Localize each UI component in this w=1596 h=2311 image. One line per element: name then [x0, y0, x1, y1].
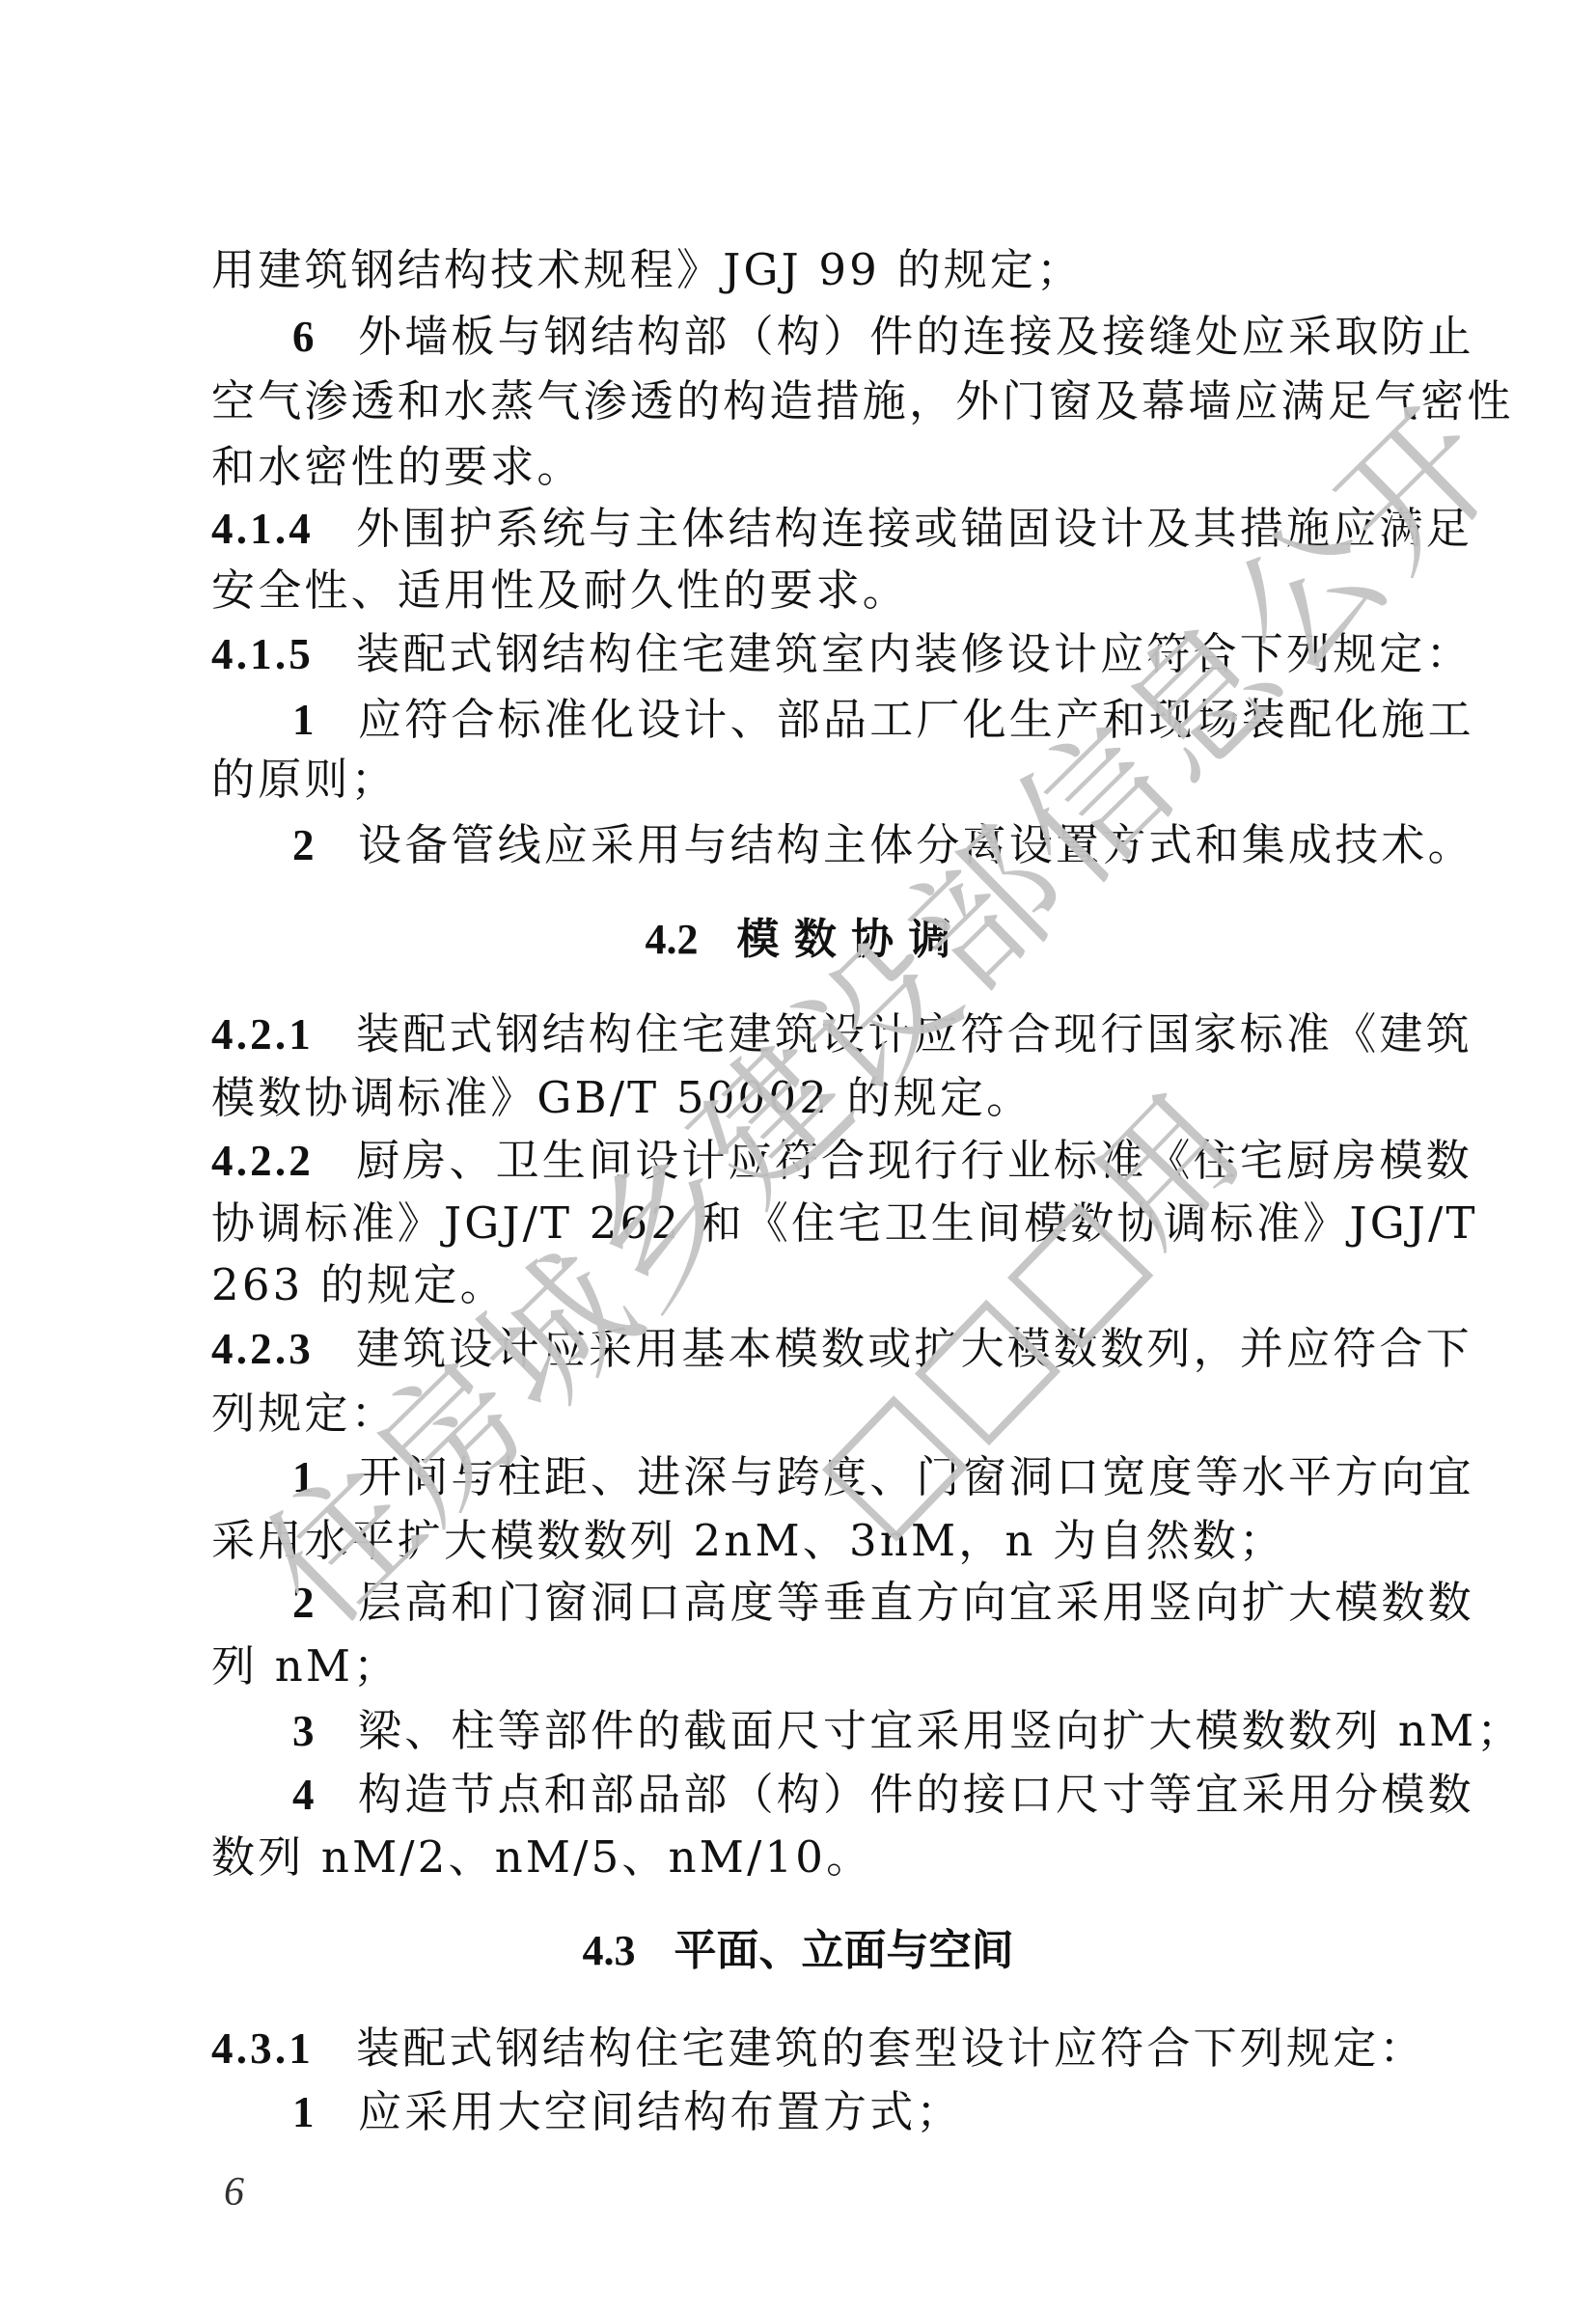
list-item: 1应采用大空间结构布置方式； [211, 2080, 1390, 2144]
line-text: 列 nM； [211, 1640, 399, 1692]
item-number: 4 [292, 1763, 358, 1827]
line-text: 采用水平扩大模数数列 2nM、3nM，n 为自然数； [211, 1515, 1285, 1566]
line-text: 构造节点和部品部（构）件的接口尺寸等宜采用分模数 [358, 1769, 1474, 1820]
clause: 4.1.4外围护系统与主体结构连接或锚固设计及其措施应满足 [211, 497, 1390, 561]
section-title: 平面、立面与空间 [674, 1926, 1014, 1975]
clause: 4.2.3建筑设计应采用基本模数或扩大模数数列，并应符合下 [211, 1317, 1390, 1381]
clause-number: 4.3.1 [211, 2017, 356, 2080]
line-text: 模数协调标准》GB/T 50002 的规定。 [211, 1072, 1032, 1123]
section-heading-4-3: 4.3平面、立面与空间 [0, 1919, 1596, 1983]
list-item: 4构造节点和部品部（构）件的接口尺寸等宜采用分模数 [211, 1763, 1390, 1827]
item-number: 6 [292, 305, 358, 369]
item-number: 2 [292, 1571, 358, 1635]
section-title: 模 数 协 调 [737, 915, 951, 964]
clause: 4.3.1装配式钢结构住宅建筑的套型设计应符合下列规定： [211, 2017, 1390, 2080]
item-number: 3 [292, 1699, 358, 1763]
line-text: 外墙板与钢结构部（构）件的连接及接缝处应采取防止 [358, 311, 1474, 362]
line-text: 263 的规定。 [211, 1259, 507, 1310]
text-line: 空气渗透和水蒸气渗透的构造措施，外门窗及幕墙应满足气密性 [211, 370, 1390, 433]
clause-number: 4.2.3 [211, 1317, 356, 1381]
list-item: 3梁、柱等部件的截面尺寸宜采用竖向扩大模数数列 nM； [211, 1699, 1390, 1763]
text-line: 263 的规定。 [211, 1253, 1390, 1317]
text-line: 模数协调标准》GB/T 50002 的规定。 [211, 1066, 1390, 1130]
text-line: 的原则； [211, 748, 1390, 812]
clause-number: 4.1.5 [211, 622, 356, 686]
item-number: 1 [292, 1445, 358, 1509]
line-text: 装配式钢结构住宅建筑的套型设计应符合下列规定： [356, 2022, 1426, 2074]
line-text: 外围护系统与主体结构连接或锚固设计及其措施应满足 [356, 503, 1472, 554]
list-item: 2层高和门窗洞口高度等垂直方向宜采用竖向扩大模数数 [211, 1571, 1390, 1635]
list-item: 6外墙板与钢结构部（构）件的连接及接缝处应采取防止 [211, 305, 1390, 369]
text-line: 安全性、适用性及耐久性的要求。 [211, 559, 1390, 622]
line-text: 和水密性的要求。 [211, 441, 584, 492]
clause: 4.2.1装配式钢结构住宅建筑设计应符合现行国家标准《建筑 [211, 1003, 1390, 1066]
text-line: 和水密性的要求。 [211, 435, 1390, 499]
line-text: 梁、柱等部件的截面尺寸宜采用竖向扩大模数数列 nM； [358, 1705, 1524, 1756]
document-page: 用建筑钢结构技术规程》JGJ 99 的规定； 6外墙板与钢结构部（构）件的连接及… [0, 0, 1596, 2311]
clause-number: 4.1.4 [211, 497, 356, 561]
clause-number: 4.2.2 [211, 1129, 356, 1193]
item-number: 1 [292, 688, 358, 752]
line-text: 的原则； [211, 754, 398, 805]
page-number: 6 [224, 2169, 244, 2215]
line-text: 建筑设计应采用基本模数或扩大模数数列，并应符合下 [356, 1323, 1472, 1374]
item-number: 2 [292, 813, 358, 877]
line-text: 装配式钢结构住宅建筑设计应符合现行国家标准《建筑 [356, 1008, 1472, 1059]
item-number: 1 [292, 2080, 358, 2144]
text-line: 列规定： [211, 1382, 1390, 1445]
text-line: 采用水平扩大模数数列 2nM、3nM，n 为自然数； [211, 1509, 1390, 1573]
list-item: 1应符合标准化设计、部品工厂化生产和现场装配化施工 [211, 688, 1390, 752]
text-line: 数列 nM/2、nM/5、nM/10。 [211, 1826, 1390, 1889]
line-text: 应符合标准化设计、部品工厂化生产和现场装配化施工 [358, 694, 1474, 745]
line-text: 开间与柱距、进深与跨度、门窗洞口宽度等水平方向宜 [358, 1451, 1474, 1502]
line-text: 空气渗透和水蒸气渗透的构造措施，外门窗及幕墙应满足气密性 [211, 375, 1514, 426]
clause-number: 4.2.1 [211, 1003, 356, 1066]
list-item: 2设备管线应采用与结构主体分离设置方式和集成技术。 [211, 813, 1390, 877]
line-text: 列规定： [211, 1388, 398, 1439]
line-text: 协调标准》JGJ/T 262 和《住宅卫生间模数协调标准》JGJ/T [211, 1197, 1478, 1249]
line-text: 厨房、卫生间设计应符合现行行业标准《住宅厨房模数 [356, 1135, 1472, 1186]
section-heading-4-2: 4.2模 数 协 调 [0, 908, 1596, 972]
line-text: 层高和门窗洞口高度等垂直方向宜采用竖向扩大模数数 [358, 1577, 1474, 1628]
section-number: 4.2 [646, 916, 699, 963]
text-line: 协调标准》JGJ/T 262 和《住宅卫生间模数协调标准》JGJ/T [211, 1192, 1390, 1255]
line-text: 设备管线应采用与结构主体分离设置方式和集成技术。 [358, 819, 1474, 870]
line-text: 应采用大空间结构布置方式； [358, 2086, 963, 2137]
text-line: 列 nM； [211, 1635, 1390, 1698]
line-text: 用建筑钢结构技术规程》JGJ 99 的规定； [211, 244, 1083, 295]
clause: 4.2.2厨房、卫生间设计应符合现行行业标准《住宅厨房模数 [211, 1129, 1390, 1193]
list-item: 1开间与柱距、进深与跨度、门窗洞口宽度等水平方向宜 [211, 1445, 1390, 1509]
text-line: 用建筑钢结构技术规程》JGJ 99 的规定； [211, 238, 1390, 302]
clause: 4.1.5装配式钢结构住宅建筑室内装修设计应符合下列规定： [211, 622, 1390, 686]
section-number: 4.3 [583, 1927, 636, 1974]
line-text: 数列 nM/2、nM/5、nM/10。 [211, 1831, 872, 1883]
line-text: 安全性、适用性及耐久性的要求。 [211, 564, 909, 616]
line-text: 装配式钢结构住宅建筑室内装修设计应符合下列规定： [356, 628, 1472, 679]
